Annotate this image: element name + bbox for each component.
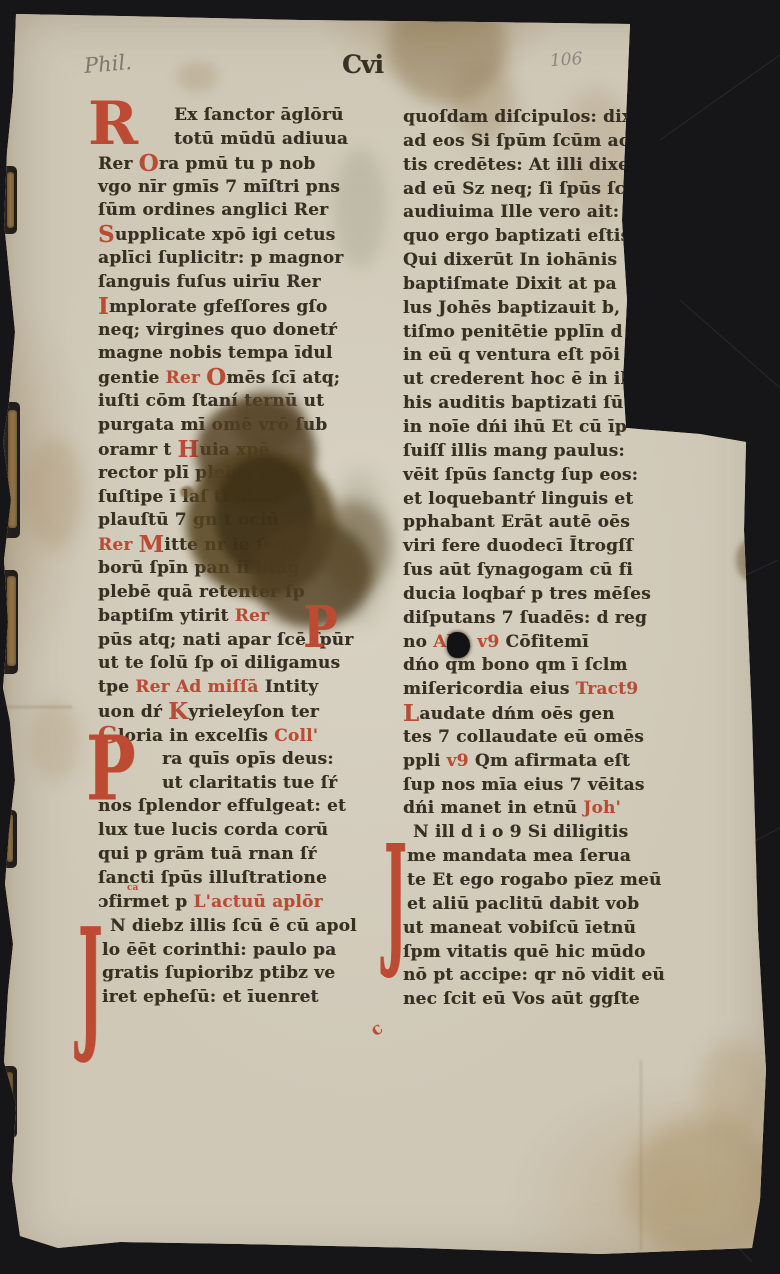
text-line: Implorate gfeſſores gſo xyxy=(98,295,386,319)
text-line: Supplicate xpō igi cetus xyxy=(98,223,386,247)
stain xyxy=(30,700,80,782)
rubric-text: Coll' xyxy=(274,726,318,746)
text-line: ſpm vitatis quē hic mūdo xyxy=(403,941,755,965)
ink-text: pphabant Erāt autē oēs xyxy=(403,512,630,532)
text-line: totū mūdū adiuua xyxy=(98,128,386,152)
pencil-annotation: Phil. xyxy=(83,50,133,78)
ink-text: dńi manet in etnū xyxy=(403,798,583,818)
ink-text: et aliū paclitū dabit vob xyxy=(407,894,639,914)
ink-text: nec ſcit eū Vos aūt ggſte xyxy=(403,989,640,1009)
text-line: me mandata mea ſerua xyxy=(403,845,755,869)
text-line: vgo nīr gmīs 7 mīſtri pns xyxy=(98,176,386,200)
manuscript-photo: Phil. Cvi 106 Ex ſanctor āglōrūtotū mūdū… xyxy=(0,0,780,1274)
ink-text: neq; virgines quo donetŕ xyxy=(98,320,337,340)
rubric-text: L'actuū aplōr xyxy=(193,892,322,912)
text-line: oramr t Huia xpē xyxy=(98,438,386,462)
rubric-text: O xyxy=(139,150,159,177)
ink-text: uia xpē xyxy=(199,440,269,460)
ink-text: ppli xyxy=(403,751,447,771)
ink-text: ducia loqbaŕ p tres mēſes xyxy=(403,584,651,604)
ink-text: vgo nīr gmīs 7 mīſtri pns xyxy=(98,177,340,197)
ink-text: in noīe dńi ihū Et cū īp xyxy=(403,417,627,437)
water-stain xyxy=(698,1040,770,1140)
ink-text: dńo qm bono qm ī ſclm xyxy=(403,655,628,675)
ink-text: ra pmū tu p nob xyxy=(159,154,316,174)
text-line: baptiſm ytirit Rer xyxy=(98,605,386,629)
pencil-folio-number: 106 xyxy=(549,49,583,71)
text-line: ut maneat vobiſcū īetnū xyxy=(403,917,755,941)
ink-text: iuſti cōm ſtaní ternū ut xyxy=(98,391,324,411)
ink-text: ſuſtipe ī laſ tī utho xyxy=(98,487,279,507)
text-line: ſuiſſ illis mang paulus: xyxy=(403,440,755,464)
ink-text: baptiſmate Dixit at pa xyxy=(403,274,617,294)
ink-text: ɔfirmet p xyxy=(98,892,193,912)
text-line: iret epheſū: et īuenret xyxy=(98,986,386,1010)
text-line: qui p grām tuā rnan ſŕ xyxy=(98,843,386,867)
rubric-text: K xyxy=(168,698,188,725)
text-line: nos ſplendor effulgeat: et xyxy=(98,795,386,819)
text-line: plebē quā retenter ſp xyxy=(98,581,386,605)
text-line: pphabant Erāt autē oēs xyxy=(403,511,755,535)
stain xyxy=(26,438,82,550)
ink-text: viri fere duodecī Ītrogſſ xyxy=(403,536,633,556)
ink-text: itte nr ie ſem xyxy=(164,535,292,555)
text-line: Rer Mitte nr ie ſem xyxy=(98,533,386,557)
ink-text: gentie xyxy=(98,368,166,388)
ink-text: plauſtū 7 gn t ociū xyxy=(98,510,279,530)
rubric-text: Rer xyxy=(98,535,139,555)
ink-text: loria in excelſis xyxy=(118,726,274,746)
ink-text: Ex ſanctor āglōrū xyxy=(174,105,344,125)
text-line: plauſtū 7 gn t ociū xyxy=(98,509,386,533)
ink-text: nō pt accipe: qr nō vidit eū xyxy=(403,965,665,985)
text-line: et aliū paclitū dabit vob xyxy=(403,893,755,917)
text-line: ut te ſolū ſp oī diligamus xyxy=(98,652,386,676)
ink-text: N ill d i o 9 Si diligitis xyxy=(413,822,628,842)
ink-text: ſuiſſ illis mang paulus: xyxy=(403,441,625,461)
text-line: borū ſpīn pan iī hing xyxy=(98,557,386,581)
illuminated-initial: R xyxy=(88,94,138,154)
rubric-mark: ca xyxy=(127,884,138,893)
ink-text: Qui dixerūt In iohānis xyxy=(403,250,617,270)
rubric-mark: c xyxy=(368,1020,386,1040)
rubric-text: S xyxy=(98,221,115,248)
ink-text: his auditis baptizati ſū xyxy=(403,393,623,413)
ink-text: Cōfitemī xyxy=(505,632,588,652)
text-line: gentie Rer Omēs ſcī atq; xyxy=(98,366,386,390)
ink-text: lo ēēt corinthi: paulo pa xyxy=(102,940,336,960)
text-line: viri fere duodecī Ītrogſſ xyxy=(403,535,755,559)
ink-text: et loquebantŕ linguis et xyxy=(403,489,633,509)
illuminated-initial: P xyxy=(86,724,136,813)
text-line: aplīci ſuplicitr: p magnor xyxy=(98,247,386,271)
ink-text: ſpm vitatis quē hic mūdo xyxy=(403,942,646,962)
rubric-text: Ad miſſā xyxy=(176,677,265,697)
rubric-text: I xyxy=(98,293,109,320)
crease xyxy=(640,1060,642,1250)
ink-text: quoſdam diſcipulos: dix xyxy=(403,107,632,127)
text-line: ut claritatis tue ſŕ xyxy=(98,772,386,796)
text-line: iuſti cōm ſtaní ternū ut xyxy=(98,390,386,414)
ink-text: tiſmo penitētie pplīn d xyxy=(403,322,623,342)
text-line: neq; virgines quo donetŕ xyxy=(98,319,386,343)
ink-text: miſericordia eius xyxy=(403,679,576,699)
rubric-text: M xyxy=(139,531,165,558)
text-line: te Et ego rogabo pīez meū xyxy=(403,869,755,893)
text-line: miſericordia eius Tract9 xyxy=(403,678,755,702)
page-heading-roman-numeral: Cvi xyxy=(342,50,383,79)
ink-text: aplīci ſuplicitr: p magnor xyxy=(98,248,343,268)
rubric-text: Rer xyxy=(135,677,176,697)
text-line: uon dŕ Kyrieleyſon ter xyxy=(98,700,386,724)
ink-text: baptiſm ytirit xyxy=(98,606,235,626)
ink-text: N diebz illis ſcū ē cū apol xyxy=(110,916,357,936)
text-line: magne nobis tempa īdul xyxy=(98,342,386,366)
text-line: tes 7 collaudate eū omēs xyxy=(403,726,755,750)
ink-text: totū mūdū adiuua xyxy=(174,129,348,149)
ink-text: Qm afirmata eſt xyxy=(475,751,630,771)
ink-text: vēit ſpūs ſanctg ſup eos: xyxy=(403,465,638,485)
text-line: Gloria in excelſis Coll' xyxy=(98,724,386,748)
ink-text: rector plī plebis vota xyxy=(98,463,300,483)
rubric-text: Rer xyxy=(235,606,270,626)
ink-text: me mandata mea ſerua xyxy=(407,846,631,866)
rubric-text: v9 xyxy=(447,751,475,771)
ink-text: no xyxy=(403,632,433,652)
ink-text: ſanguis fuſus uirīu Rer xyxy=(98,272,321,292)
text-line: nec ſcit eū Vos aūt ggſte xyxy=(403,988,755,1012)
text-line: diſputans 7 ſuadēs: d reg xyxy=(403,607,755,631)
illuminated-initial: J xyxy=(384,828,407,972)
text-line: nō pt accipe: qr nō vidit eū xyxy=(403,964,755,988)
ink-text: plebē quā retenter ſp xyxy=(98,582,305,602)
text-line: N diebz illis ſcū ē cū apol xyxy=(98,915,386,939)
text-line: ſuſtipe ī laſ tī utho xyxy=(98,486,386,510)
ink-text: tes 7 collaudate eū omēs xyxy=(403,727,644,747)
ink-text: ut crederent hoc ē in ih xyxy=(403,369,633,389)
ink-text: diſputans 7 ſuadēs: d reg xyxy=(403,608,647,628)
text-line: vēit ſpūs ſanctg ſup eos: xyxy=(403,464,755,488)
ink-text: ſūm ordines anglici Rer xyxy=(98,200,328,220)
text-line: rector plī plebis vota xyxy=(98,462,386,486)
rubric-text: H xyxy=(178,436,200,463)
text-line: Rer Ora pmū tu p nob xyxy=(98,152,386,176)
ink-text: magne nobis tempa īdul xyxy=(98,343,333,363)
rubric-text: Rer xyxy=(166,368,207,388)
ink-text: purgata mī omē vrō ſub xyxy=(98,415,327,435)
crease xyxy=(0,706,72,708)
rubric-text: L xyxy=(403,700,419,727)
parchment-hole xyxy=(447,632,470,658)
ink-text: lus Johēs baptizauit b, xyxy=(403,298,620,318)
ink-text: audiuima Ille vero ait: xyxy=(403,202,619,222)
rubric-text: Tract9 xyxy=(576,679,639,699)
stain xyxy=(176,62,218,92)
text-line: ſup nos mīa eius 7 vēitas xyxy=(403,774,755,798)
text-line: purgata mī omē vrō ſub xyxy=(98,414,386,438)
text-line: N ill d i o 9 Si diligitis xyxy=(403,821,755,845)
illuminated-initial: J xyxy=(78,912,103,1058)
text-line: ſanguis fuſus uirīu Rer xyxy=(98,271,386,295)
ink-text: yrieleyſon ter xyxy=(188,702,319,722)
ink-text: audate dńm oēs gen xyxy=(419,704,614,724)
text-line: ſūm ordines anglici Rer xyxy=(98,199,386,223)
text-line: ſus aūt ſynagogam cū fi xyxy=(403,559,755,583)
text-line: dńi manet in etnū Joh' xyxy=(403,797,755,821)
text-line: tpe Rer Ad miſſā Intity xyxy=(98,676,386,700)
ink-text: Intity xyxy=(265,677,319,697)
text-line: ſancti ſpūs illuſtratione xyxy=(98,867,386,891)
rubric-text: Joh' xyxy=(583,798,621,818)
text-line: lo ēēt corinthi: paulo pa xyxy=(98,939,386,963)
illuminated-initial: P xyxy=(303,598,338,656)
text-line: ppli v9 Qm afirmata eſt xyxy=(403,750,755,774)
rubric-text: O xyxy=(206,364,226,391)
ink-text: tis credētes: At illi dixer xyxy=(403,155,638,175)
ink-text: gratis ſupioribz ptibz ve xyxy=(102,963,335,983)
ink-text: in eū q ventura eſt pōi xyxy=(403,345,620,365)
text-line: lux tue lucis corda corū xyxy=(98,819,386,843)
ink-text: ut maneat vobiſcū īetnū xyxy=(403,918,636,938)
ink-text: upplicate xpō igi cetus xyxy=(115,225,336,245)
text-line: Laudate dńm oēs gen xyxy=(403,702,755,726)
ink-text: ſus aūt ſynagogam cū fi xyxy=(403,560,633,580)
ink-text: borū ſpīn pan iī hing xyxy=(98,558,300,578)
text-line: ducia loqbaŕ p tres mēſes xyxy=(403,583,755,607)
ink-text: iret epheſū: et īuenret xyxy=(102,987,319,1007)
binding-cord xyxy=(7,172,14,228)
text-line: pūs atq; nati apar ſcē ſpūr xyxy=(98,629,386,653)
ink-text: ra quīs opīs deus: xyxy=(162,749,334,769)
ink-text: ſup nos mīa eius 7 vēitas xyxy=(403,775,645,795)
binding-cord xyxy=(7,576,16,666)
text-column-left: Ex ſanctor āglōrūtotū mūdū adiuuaRer Ora… xyxy=(98,104,386,1010)
ink-text: ut claritatis tue ſŕ xyxy=(162,773,337,793)
ink-text: mēs ſcī atq; xyxy=(226,368,340,388)
ink-text: te Et ego rogabo pīez meū xyxy=(407,870,662,890)
ink-text: quo ergo baptizati eſtis xyxy=(403,226,630,246)
ink-text: ad eos Si ſpūm ſcūm accep xyxy=(403,131,663,151)
text-line: ra quīs opīs deus: xyxy=(98,748,386,772)
ink-text: mplorate gfeſſores gſo xyxy=(109,297,327,317)
ink-text: qui p grām tuā rnan ſŕ xyxy=(98,844,317,864)
ink-text: lux tue lucis corda corū xyxy=(98,820,328,840)
ink-text: tpe xyxy=(98,677,135,697)
text-line: et loquebantŕ linguis et xyxy=(403,488,755,512)
ink-text: oramr t xyxy=(98,440,178,460)
text-line: gratis ſupioribz ptibz ve xyxy=(98,962,386,986)
text-line: Ex ſanctor āglōrū xyxy=(98,104,386,128)
text-line: ɔfirmet p L'actuū aplōr xyxy=(98,891,386,915)
